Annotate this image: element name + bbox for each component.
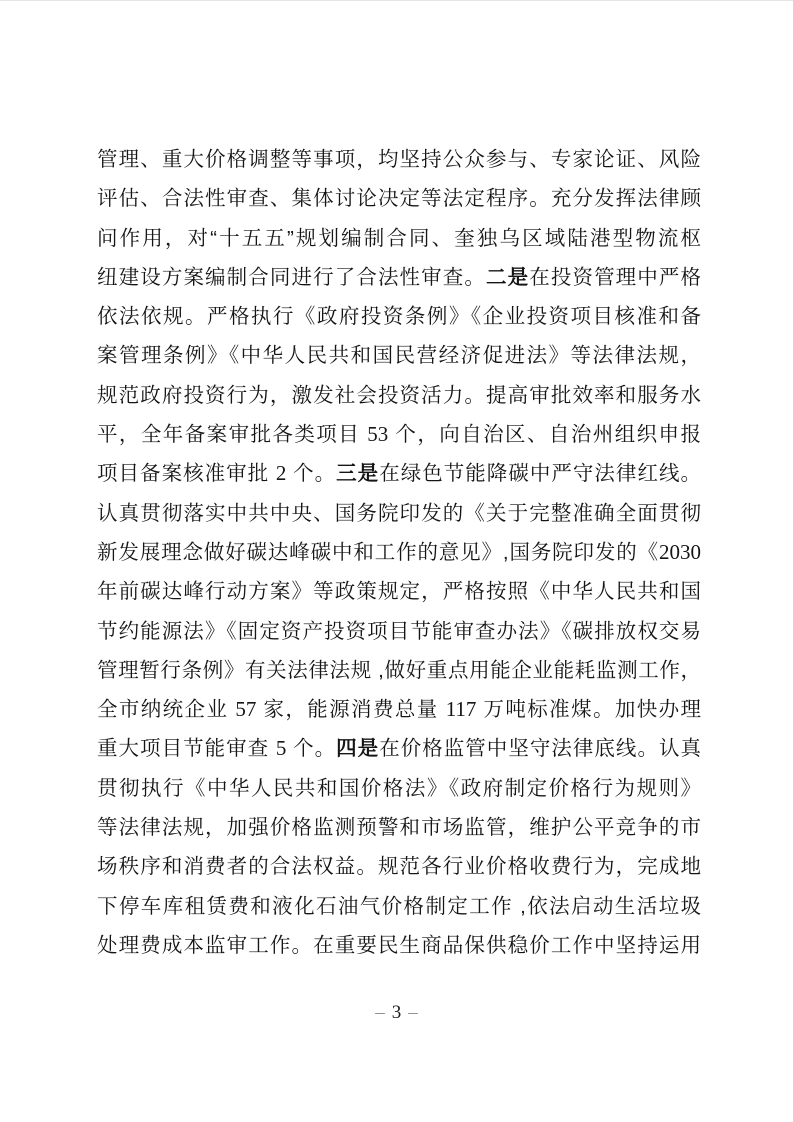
body-line: 项目备案核准审批 2 个。三是在绿色节能降碳中严守法律红线。 xyxy=(97,454,701,493)
body-line: 纽建设方案编制合同进行了合法性审查。二是在投资管理中严格 xyxy=(97,258,701,297)
body-line: 管理、重大价格调整等事项，均坚持公众参与、专家论证、风险 xyxy=(97,140,701,179)
text-run: 全市纳统企业 xyxy=(97,698,235,721)
text-run: 家，能源消费总量 xyxy=(256,698,445,721)
body-line: 贯彻执行《中华人民共和国价格法》《政府制定价格行为规则》 xyxy=(97,769,701,808)
text-run: 案管理条例》《中华人民共和国民营经济促进法》等法律法规， xyxy=(97,344,701,367)
numeric-run: 57 xyxy=(235,697,256,721)
body-line: 等法律法规，加强价格监测预警和市场监管，维护公平竞争的市 xyxy=(97,808,701,847)
text-run: 贯彻执行《中华人民共和国价格法》《政府制定价格行为规则》 xyxy=(97,777,701,800)
body-line: 下停车库租赁费和液化石油气价格制定工作 ,依法启动生活垃圾 xyxy=(97,887,701,926)
text-run: 重大项目节能审查 xyxy=(97,737,276,760)
numeric-run: 117 xyxy=(446,697,477,721)
numeric-run: 5 xyxy=(276,736,287,760)
numeric-run: 53 xyxy=(367,422,388,446)
numeric-run: 2030 xyxy=(659,540,701,564)
document-page: 管理、重大价格调整等事项，均坚持公众参与、专家论证、风险评估、合法性审查、集体讨… xyxy=(0,0,793,1122)
body-line: 评估、合法性审查、集体讨论决定等法定程序。充分发挥法律顾 xyxy=(97,179,701,218)
text-run: 场秩序和消费者的合法权益。规范各行业价格收费行为，完成地 xyxy=(97,855,701,878)
text-run: 等法律法规，加强价格监测预警和市场监管，维护公平竞争的市 xyxy=(97,816,701,839)
body-line: 规范政府投资行为，激发社会投资活力。提高审批效率和服务水 xyxy=(97,376,701,415)
body-line: 重大项目节能审查 5 个。四是在价格监管中坚守法律底线。认真 xyxy=(97,729,701,768)
text-run: 管理暂行条例》有关法律法规 ,做好重点用能企业能耗监测工作， xyxy=(97,659,701,682)
body-line: 全市纳统企业 57 家，能源消费总量 117 万吨标准煤。加快办理 xyxy=(97,690,701,729)
text-run: 个。 xyxy=(286,462,336,485)
text-run: 平，全年备案审批各类项目 xyxy=(97,423,367,446)
document-body: 管理、重大价格调整等事项，均坚持公众参与、专家论证、风险评估、合法性审查、集体讨… xyxy=(97,140,701,965)
text-run: 新发展理念做好碳达峰碳中和工作的意见》,国务院印发的《 xyxy=(97,541,659,564)
body-line: 问作用，对“十五五”规划编制合同、奎独乌区域陆港型物流枢 xyxy=(97,219,701,258)
text-run: 在价格监管中坚守法律底线。认真 xyxy=(379,737,701,760)
body-line: 平，全年备案审批各类项目 53 个，向自治区、自治州组织申报 xyxy=(97,415,701,454)
text-run: 问作用，对“十五五”规划编制合同、奎独乌区域陆港型物流枢 xyxy=(97,227,701,250)
text-run: 节约能源法》《固定资产投资项目节能审查办法》《碳排放权交易 xyxy=(97,620,701,643)
text-run: 个。 xyxy=(286,737,336,760)
body-line: 处理费成本监审工作。在重要民生商品保供稳价工作中坚持运用 xyxy=(97,926,701,965)
text-run: 处理费成本监审工作。在重要民生商品保供稳价工作中坚持运用 xyxy=(97,934,701,957)
text-run: 管理、重大价格调整等事项，均坚持公众参与、专家论证、风险 xyxy=(97,148,701,171)
text-run: 在绿色节能降碳中严守法律红线。 xyxy=(379,462,701,485)
page-number-dash-left: – xyxy=(368,1002,392,1023)
page-number-value: 3 xyxy=(392,1002,402,1023)
body-line: 管理暂行条例》有关法律法规 ,做好重点用能企业能耗监测工作， xyxy=(97,651,701,690)
body-line: 节约能源法》《固定资产投资项目节能审查办法》《碳排放权交易 xyxy=(97,612,701,651)
text-run: 规范政府投资行为，激发社会投资活力。提高审批效率和服务水 xyxy=(97,384,701,407)
bold-run: 三是 xyxy=(336,462,379,485)
text-run: 下停车库租赁费和液化石油气价格制定工作 ,依法启动生活垃圾 xyxy=(97,895,701,918)
body-line: 场秩序和消费者的合法权益。规范各行业价格收费行为，完成地 xyxy=(97,847,701,886)
text-run: 纽建设方案编制合同进行了合法性审查。 xyxy=(97,266,486,289)
text-run: 年前碳达峰行动方案》等政策规定，严格按照《中华人民共和国 xyxy=(97,580,701,603)
text-run: 项目备案核准审批 xyxy=(97,462,276,485)
bold-run: 四是 xyxy=(336,737,379,760)
body-line: 新发展理念做好碳达峰碳中和工作的意见》,国务院印发的《2030 xyxy=(97,533,701,572)
text-run: 评估、合法性审查、集体讨论决定等法定程序。充分发挥法律顾 xyxy=(97,187,701,210)
text-run: 个，向自治区、自治州组织申报 xyxy=(388,423,701,446)
page-footer: –3– xyxy=(0,1001,793,1025)
text-run: 在投资管理中严格 xyxy=(529,266,701,289)
body-line: 案管理条例》《中华人民共和国民营经济促进法》等法律法规， xyxy=(97,336,701,375)
numeric-run: 2 xyxy=(276,461,287,485)
page-number-dash-right: – xyxy=(401,1002,425,1023)
text-run: 万吨标准煤。加快办理 xyxy=(476,698,701,721)
text-run: 依法依规。严格执行《政府投资条例》《企业投资项目核准和备 xyxy=(97,305,701,328)
bold-run: 二是 xyxy=(486,266,529,289)
body-line: 年前碳达峰行动方案》等政策规定，严格按照《中华人民共和国 xyxy=(97,572,701,611)
body-line: 认真贯彻落实中共中央、国务院印发的《关于完整准确全面贯彻 xyxy=(97,494,701,533)
body-line: 依法依规。严格执行《政府投资条例》《企业投资项目核准和备 xyxy=(97,297,701,336)
text-run: 认真贯彻落实中共中央、国务院印发的《关于完整准确全面贯彻 xyxy=(97,502,701,525)
